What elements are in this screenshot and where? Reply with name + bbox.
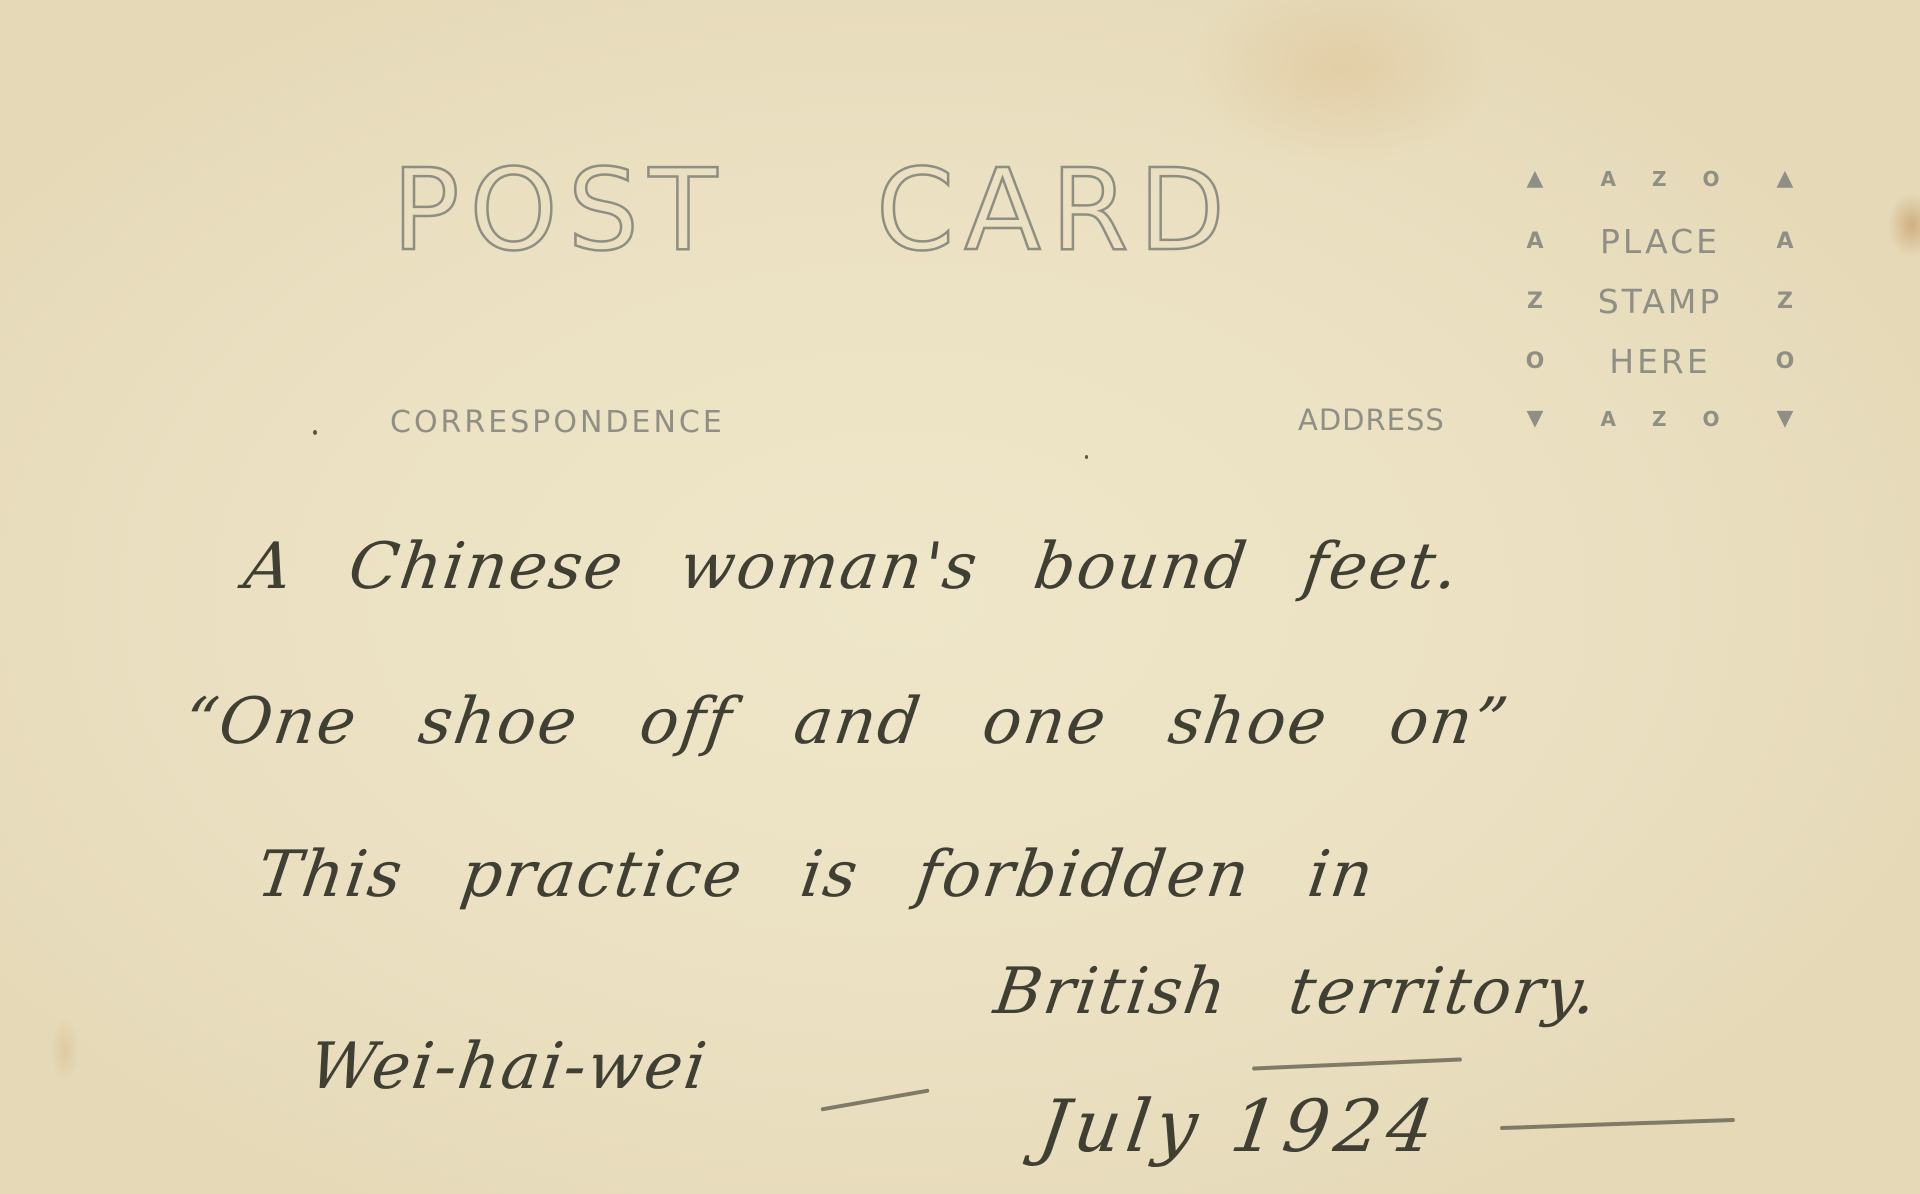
stamp-box-row-here: O HERE O <box>1515 342 1805 381</box>
ink-speck <box>1085 455 1088 459</box>
correspondence-label: CORRESPONDENCE <box>390 408 725 438</box>
stamp-border-letter: O <box>1702 407 1719 431</box>
stamp-box-row-place: A PLACE A <box>1515 222 1805 261</box>
stamp-border-letter: A <box>1600 407 1615 431</box>
triangle-down-icon: ▼ <box>1515 406 1555 431</box>
handwritten-place: Wei-hai-wei <box>306 1035 712 1099</box>
handwritten-line-1: A Chinese woman's bound feet. <box>241 535 1464 599</box>
date-trailing-stroke <box>1500 1118 1735 1130</box>
stamp-border-letter: Z <box>1515 289 1555 314</box>
stamp-box-top-row: ▲ A Z O ▲ <box>1515 166 1805 191</box>
address-label: ADDRESS <box>1298 406 1445 435</box>
stamp-border-letter: Z <box>1652 407 1667 431</box>
triangle-up-icon: ▲ <box>1515 166 1555 191</box>
handwritten-date: July 1924 <box>1035 1090 1444 1162</box>
stamp-border-letter: O <box>1765 349 1805 374</box>
stamp-text-place: PLACE <box>1600 222 1720 261</box>
stamp-border-letter: A <box>1765 229 1805 254</box>
date-overline-stroke <box>1252 1057 1462 1070</box>
stamp-box-row-stamp: Z STAMP Z <box>1515 282 1805 321</box>
stamp-box-bottom-row: ▼ A Z O ▼ <box>1515 406 1805 431</box>
stamp-border-letter: O <box>1702 167 1719 191</box>
stamp-border-letter: Z <box>1765 289 1805 314</box>
stamp-border-letter: Z <box>1652 167 1667 191</box>
handwritten-line-3: This practice is forbidden in <box>254 843 1379 907</box>
handwritten-line-2: “One shoe off and one shoe on” <box>181 690 1514 754</box>
handwritten-line-4: British territory. <box>991 960 1603 1024</box>
triangle-up-icon: ▲ <box>1765 166 1805 191</box>
place-underline <box>820 1088 929 1111</box>
ink-speck <box>313 430 317 435</box>
postcard-title-post: POST <box>392 155 727 267</box>
postcard-back: POST CARD CORRESPONDENCE ADDRESS ▲ A Z O… <box>0 0 1920 1194</box>
stamp-border-letter: O <box>1515 349 1555 374</box>
stamp-placement-box: ▲ A Z O ▲ A PLACE A Z STAMP Z O HERE O ▼ <box>1515 160 1805 440</box>
stamp-border-letter: A <box>1600 167 1615 191</box>
postcard-title-card: CARD <box>876 155 1235 267</box>
stamp-text-here: HERE <box>1609 342 1710 381</box>
triangle-down-icon: ▼ <box>1765 406 1805 431</box>
stamp-border-letter: A <box>1515 229 1555 254</box>
stamp-text-stamp: STAMP <box>1598 282 1723 321</box>
